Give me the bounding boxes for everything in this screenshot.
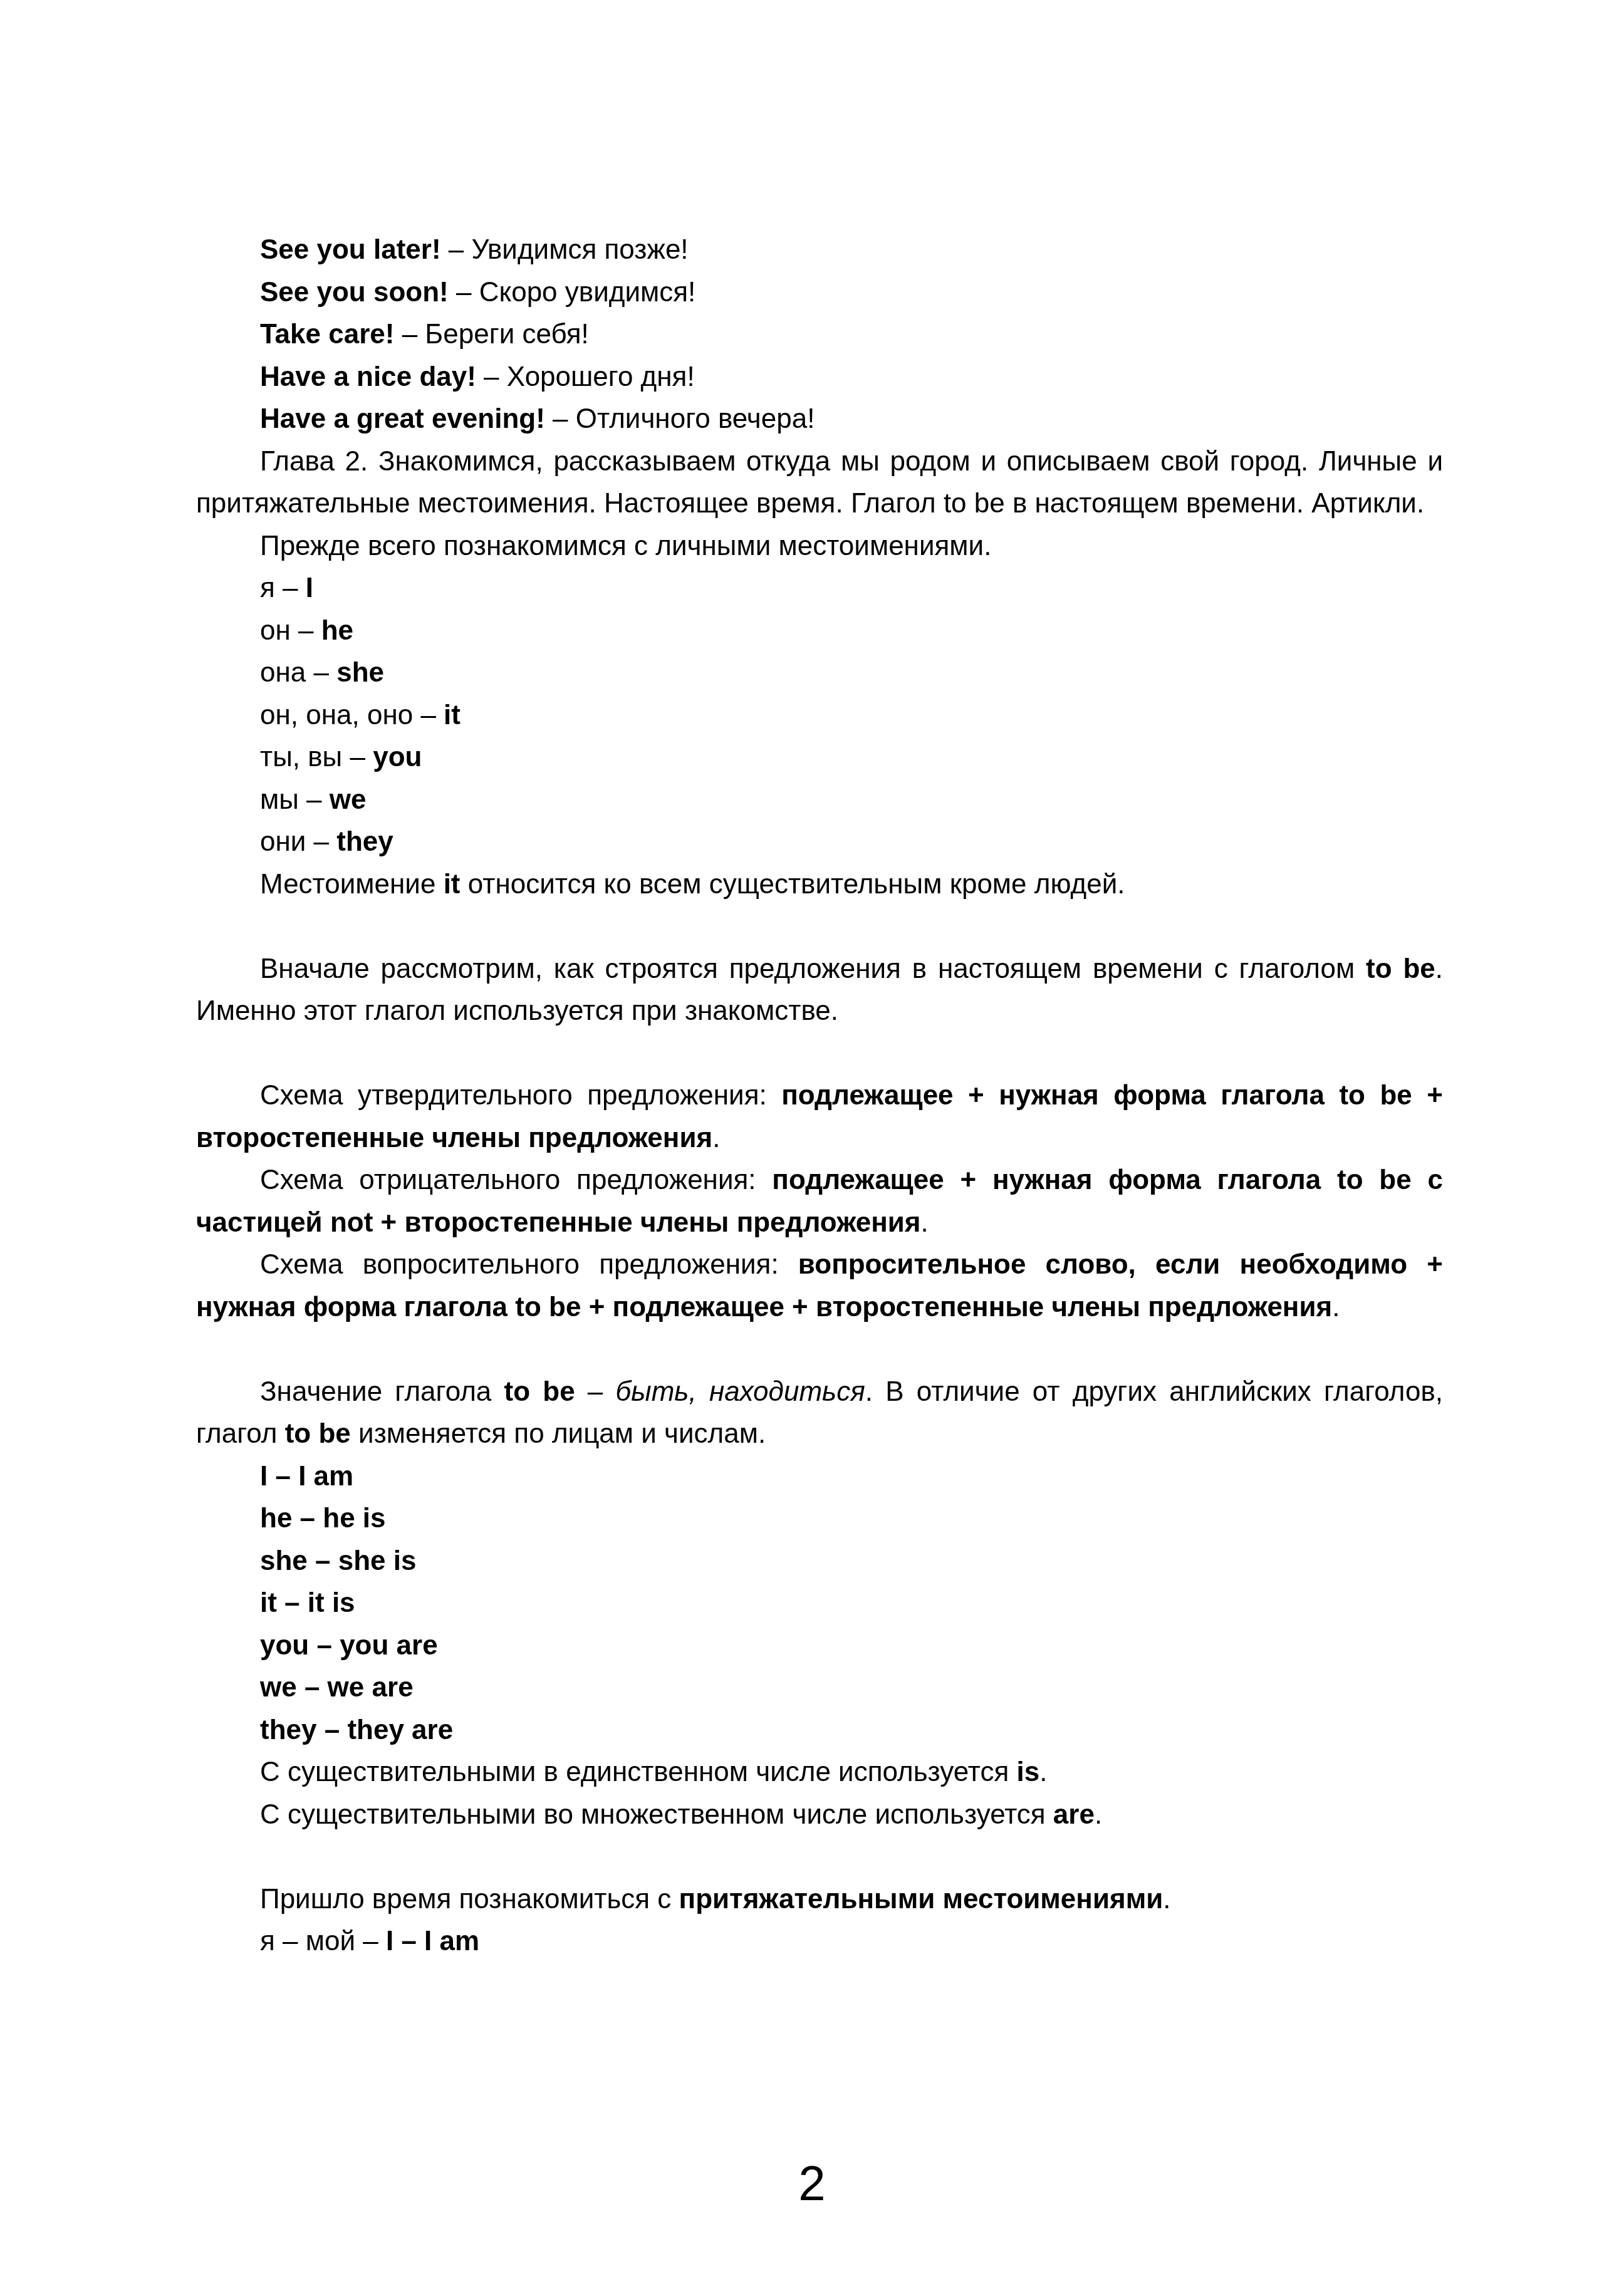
pronoun-english: you <box>373 742 422 772</box>
pronoun-item: я – I <box>196 567 1443 610</box>
pronoun-separator: – <box>299 784 330 815</box>
pronoun-separator: – <box>306 826 336 857</box>
pronoun-item: он, она, оно – it <box>196 694 1443 737</box>
phrase-english: See you later! <box>260 234 441 265</box>
pronoun-russian: я <box>260 573 275 603</box>
conjugation-item: I – I am <box>196 1455 1443 1498</box>
phrase-separator: – <box>449 277 479 308</box>
phrase-english: Take care! <box>260 319 394 350</box>
scheme-item: Схема вопросительного предложения: вопро… <box>196 1244 1443 1328</box>
pronoun-item: она – she <box>196 652 1443 694</box>
conjugation-item: she – she is <box>196 1540 1443 1582</box>
page-number: 2 <box>0 2155 1624 2212</box>
pronoun-russian: ты, вы <box>260 742 342 772</box>
pronoun-english: we <box>330 784 367 815</box>
possessive-intro: Пришло время познакомиться с притяжатель… <box>196 1878 1443 1921</box>
phrase-item: See you soon! – Скоро увидимся! <box>196 271 1443 314</box>
phrase-russian: Хорошего дня! <box>507 361 695 392</box>
scheme-end: . <box>1332 1292 1340 1322</box>
phrase-english: Have a nice day! <box>260 361 476 392</box>
pronoun-separator: – <box>275 573 306 603</box>
chapter-heading: Глава 2. Знакомимся, рассказываем откуда… <box>196 440 1443 525</box>
phrase-english: Have a great evening! <box>260 403 545 434</box>
phrase-item: Have a nice day! – Хорошего дня! <box>196 356 1443 398</box>
pronoun-english: I <box>306 573 313 603</box>
pronoun-item: они – they <box>196 821 1443 863</box>
pronoun-english: he <box>321 615 353 646</box>
phrase-list: See you later! – Увидимся позже!See you … <box>196 229 1443 440</box>
phrase-separator: – <box>441 234 472 265</box>
pronoun-english: it <box>444 700 461 730</box>
pronoun-separator: – <box>413 700 444 730</box>
phrase-separator: – <box>394 319 425 350</box>
pronoun-item: он – he <box>196 610 1443 652</box>
pronoun-russian: мы <box>260 784 299 815</box>
scheme-end: . <box>712 1123 720 1153</box>
conjugation-item: we – we are <box>196 1666 1443 1709</box>
it-note: Местоимение it относится ко всем существ… <box>196 863 1443 906</box>
phrase-russian: Увидимся позже! <box>471 234 688 265</box>
pronoun-russian: он, она, оно <box>260 700 413 730</box>
conjugation-item: he – he is <box>196 1497 1443 1540</box>
document-page: See you later! – Увидимся позже!See you … <box>196 229 1443 1963</box>
phrase-item: Have a great evening! – Отличного вечера… <box>196 398 1443 440</box>
phrase-russian: Скоро увидимся! <box>479 277 696 308</box>
scheme-label: Схема вопросительного предложения: <box>260 1249 798 1280</box>
phrase-separator: – <box>476 361 507 392</box>
scheme-item: Схема отрицательного предложения: подлеж… <box>196 1159 1443 1244</box>
possessive-first: я – мой – I – I am <box>196 1920 1443 1963</box>
conjugation-item: they – they are <box>196 1709 1443 1752</box>
to-be-meaning: Значение глагола to be – быть, находитьс… <box>196 1371 1443 1455</box>
conjugation-item: it – it is <box>196 1582 1443 1624</box>
pronoun-item: ты, вы – you <box>196 736 1443 779</box>
scheme-end: . <box>921 1207 929 1238</box>
phrase-item: See you later! – Увидимся позже! <box>196 229 1443 271</box>
scheme-item: Схема утвердительного предложения: подле… <box>196 1074 1443 1159</box>
phrase-russian: Отличного вечера! <box>576 403 815 434</box>
sentence-schemes: Схема утвердительного предложения: подле… <box>196 1074 1443 1328</box>
singular-note: С существительными в единственном числе … <box>196 1751 1443 1794</box>
pronoun-english: she <box>336 657 384 688</box>
pronouns-intro: Прежде всего познакомимся с личными мест… <box>196 525 1443 568</box>
to-be-intro: Вначале рассмотрим, как строятся предлож… <box>196 948 1443 1032</box>
phrase-separator: – <box>545 403 576 434</box>
pronoun-separator: – <box>291 615 321 646</box>
scheme-label: Схема отрицательного предложения: <box>260 1165 772 1195</box>
pronoun-list: я – Iон – heона – sheон, она, оно – itты… <box>196 567 1443 863</box>
pronoun-russian: они <box>260 826 306 857</box>
conjugation-item: you – you are <box>196 1624 1443 1667</box>
phrase-item: Take care! – Береги себя! <box>196 313 1443 356</box>
pronoun-russian: она <box>260 657 306 688</box>
conjugation-list: I – I amhe – he isshe – she isit – it is… <box>196 1455 1443 1752</box>
pronoun-separator: – <box>306 657 336 688</box>
phrase-russian: Береги себя! <box>425 319 588 350</box>
pronoun-russian: он <box>260 615 291 646</box>
pronoun-english: they <box>336 826 393 857</box>
scheme-label: Схема утвердительного предложения: <box>260 1080 781 1111</box>
phrase-english: See you soon! <box>260 277 449 308</box>
pronoun-item: мы – we <box>196 779 1443 821</box>
plural-note: С существительными во множественном числ… <box>196 1794 1443 1836</box>
pronoun-separator: – <box>342 742 373 772</box>
